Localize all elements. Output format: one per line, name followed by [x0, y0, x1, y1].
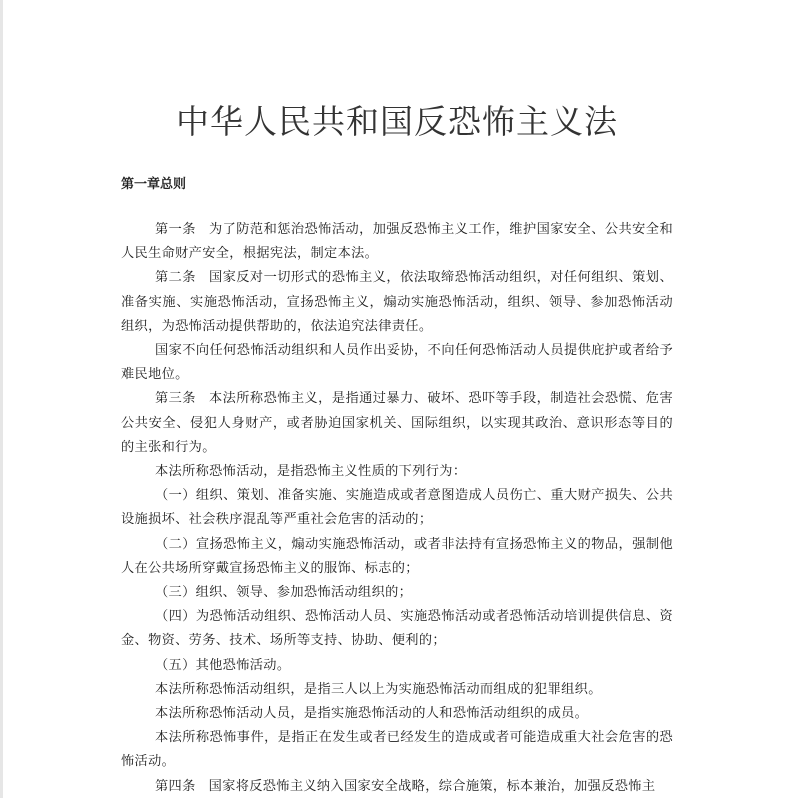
article-3-clause-2: 本法所称恐怖活动，是指恐怖主义性质的下列行为：: [121, 460, 673, 484]
article-3-paragraph: 第三条本法所称恐怖主义，是指通过暴力、破坏、恐吓等手段，制造社会恐慌、危害公共安…: [121, 387, 673, 460]
article-3-clause-4: 本法所称恐怖活动人员，是指实施恐怖活动的人和恐怖活动组织的成员。: [121, 702, 673, 726]
article-3-clause-3: 本法所称恐怖活动组织，是指三人以上为实施恐怖活动而组成的犯罪组织。: [121, 678, 673, 702]
article-number: 第一条: [155, 222, 196, 237]
paragraph-text: 本法所称恐怖活动组织，是指三人以上为实施恐怖活动而组成的犯罪组织。: [155, 682, 602, 697]
paragraph-text: 为了防范和惩治恐怖活动，加强反恐怖主义工作，维护国家安全、公共安全和人民生命财产…: [121, 222, 673, 261]
article-1-paragraph: 第一条为了防范和惩治恐怖活动，加强反恐怖主义工作，维护国家安全、公共安全和人民生…: [121, 218, 673, 266]
list-item-2: （二）宣扬恐怖主义，煽动实施恐怖活动，或者非法持有宣扬恐怖主义的物品，强制他人在…: [121, 533, 673, 581]
list-item-4: （四）为恐怖活动组织、恐怖活动人员、实施恐怖活动或者恐怖活动培训提供信息、资金、…: [121, 605, 673, 653]
article-3-clause-5: 本法所称恐怖事件，是指正在发生或者已经发生的造成或者可能造成重大社会危害的恐怖活…: [121, 726, 673, 774]
list-item-5: （五）其他恐怖活动。: [121, 654, 673, 678]
article-number: 第三条: [155, 391, 196, 406]
paragraph-text: （二）宣扬恐怖主义，煽动实施恐怖活动，或者非法持有宣扬恐怖主义的物品，强制他人在…: [121, 537, 673, 576]
paragraph-text: 国家将反恐怖主义纳入国家安全战略，综合施策，标本兼治，加强反恐怖主: [209, 779, 656, 794]
document-title: 中华人民共和国反恐怖主义法: [0, 100, 794, 144]
paragraph-text: 国家不向任何恐怖活动组织和人员作出妥协，不向任何恐怖活动人员提供庇护或者给予难民…: [121, 343, 673, 382]
paragraph-text: （四）为恐怖活动组织、恐怖活动人员、实施恐怖活动或者恐怖活动培训提供信息、资金、…: [121, 609, 673, 648]
paragraph-text: （五）其他恐怖活动。: [155, 658, 290, 673]
article-number: 第四条: [155, 779, 196, 794]
paragraph-text: 本法所称恐怖事件，是指正在发生或者已经发生的造成或者可能造成重大社会危害的恐怖活…: [121, 730, 673, 769]
paragraph-text: 本法所称恐怖活动人员，是指实施恐怖活动的人和恐怖活动组织的成员。: [155, 706, 588, 721]
article-number: 第二条: [155, 270, 196, 285]
list-item-1: （一）组织、策划、准备实施、实施造成或者意图造成人员伤亡、重大财产损失、公共设施…: [121, 484, 673, 532]
article-4-paragraph: 第四条国家将反恐怖主义纳入国家安全战略，综合施策，标本兼治，加强反恐怖主: [121, 775, 673, 798]
paragraph-text: 国家反对一切形式的恐怖主义，依法取缔恐怖活动组织，对任何组织、策划、准备实施、实…: [121, 270, 673, 333]
chapter-heading: 第一章总则: [121, 175, 186, 195]
document-body: 第一条为了防范和惩治恐怖活动，加强反恐怖主义工作，维护国家安全、公共安全和人民生…: [121, 218, 673, 798]
article-2-clause-2: 国家不向任何恐怖活动组织和人员作出妥协，不向任何恐怖活动人员提供庇护或者给予难民…: [121, 339, 673, 387]
list-item-3: （三）组织、领导、参加恐怖活动组织的；: [121, 581, 673, 605]
document-page: 中华人民共和国反恐怖主义法 第一章总则 第一条为了防范和惩治恐怖活动，加强反恐怖…: [0, 0, 794, 798]
article-2-paragraph: 第二条国家反对一切形式的恐怖主义，依法取缔恐怖活动组织，对任何组织、策划、准备实…: [121, 266, 673, 339]
paragraph-text: （三）组织、领导、参加恐怖活动组织的；: [155, 585, 412, 600]
paragraph-text: 本法所称恐怖活动，是指恐怖主义性质的下列行为：: [155, 464, 466, 479]
paragraph-text: （一）组织、策划、准备实施、实施造成或者意图造成人员伤亡、重大财产损失、公共设施…: [121, 488, 673, 527]
paragraph-text: 本法所称恐怖主义，是指通过暴力、破坏、恐吓等手段，制造社会恐慌、危害公共安全、侵…: [121, 391, 673, 454]
